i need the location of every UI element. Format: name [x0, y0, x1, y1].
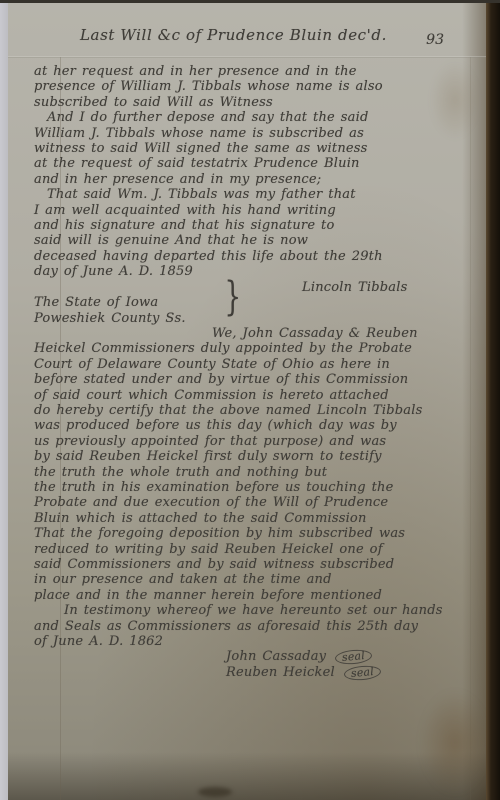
- handwritten-line: at her request and in her presence and i…: [34, 64, 466, 79]
- paper-stain: [420, 690, 490, 795]
- handwritten-line: reduced to writing by said Reuben Heicke…: [34, 542, 466, 557]
- scan-top-edge: [0, 0, 500, 3]
- handwritten-line: We, John Cassaday & Reuben: [34, 326, 466, 341]
- signature-row: Reuben Heickelseal: [226, 665, 466, 680]
- handwritten-line: Bluin which is attached to the said Comm…: [34, 511, 466, 526]
- handwritten-line: That said Wm. J. Tibbals was my father t…: [34, 187, 466, 202]
- seal-mark: seal: [343, 664, 381, 681]
- handwritten-line: In testimony whereof we have hereunto se…: [34, 603, 466, 618]
- deponent-signature: Lincoln Tibbals: [34, 280, 466, 295]
- handwritten-line: at the request of said testatrix Prudenc…: [34, 156, 466, 171]
- handwritten-line: I am well acquainted with his hand writi…: [34, 203, 466, 218]
- handwritten-line: of June A. D. 1862: [34, 634, 466, 649]
- commissioner-name: Reuben Heickel: [226, 665, 335, 680]
- handwritten-line: said will is genuine And that he is now: [34, 233, 466, 248]
- handwritten-line: the truth in his examination before us t…: [34, 480, 466, 495]
- jurat-block: The State of Iowa Poweshiek County Ss. }: [34, 295, 466, 326]
- certificate-lines: We, John Cassaday & ReubenHeickel Commis…: [34, 326, 466, 650]
- seal-mark: seal: [335, 649, 373, 666]
- signature-row: John Cassadayseal: [226, 649, 466, 664]
- book-binding-edge: [486, 0, 500, 800]
- handwritten-line: by said Reuben Heickel first duly sworn …: [34, 449, 466, 464]
- horizontal-crease: [8, 56, 486, 58]
- jurat-brace: }: [224, 290, 241, 305]
- handwritten-line: Court of Delaware County State of Ohio a…: [34, 357, 466, 372]
- deposition-lines: at her request and in her presence and i…: [34, 64, 466, 280]
- handwritten-body: at her request and in her presence and i…: [34, 64, 466, 680]
- commissioner-signatures: John Cassadayseal Reuben Heickelseal: [34, 649, 466, 680]
- handwritten-line: Heickel Commissioners duly appointed by …: [34, 341, 466, 356]
- commissioner-name: John Cassaday: [226, 649, 326, 664]
- jurat-state: The State of Iowa: [34, 295, 466, 310]
- handwritten-line: That the foregoing deposition by him sub…: [34, 526, 466, 541]
- handwritten-line: William J. Tibbals whose name is subscri…: [34, 126, 466, 141]
- scan-left-edge: [0, 0, 8, 800]
- scanned-will-page: Last Will &c of Prudence Bluin dec'd. 93…: [0, 0, 500, 800]
- handwritten-line: of said court which Commission is hereto…: [34, 388, 466, 403]
- handwritten-line: day of June A. D. 1859: [34, 264, 466, 279]
- handwritten-line: said Commissioners and by said witness s…: [34, 557, 466, 572]
- handwritten-line: us previously appointed for that purpose…: [34, 434, 466, 449]
- document-title: Last Will &c of Prudence Bluin dec'd.: [80, 26, 387, 44]
- handwritten-line: witness to said Will signed the same as …: [34, 141, 466, 156]
- handwritten-line: and Seals as Commissioners as aforesaid …: [34, 619, 466, 634]
- handwritten-line: and his signature and that his signature…: [34, 218, 466, 233]
- handwritten-line: place and in the manner herein before me…: [34, 588, 466, 603]
- handwritten-line: do hereby certify that the above named L…: [34, 403, 466, 418]
- ink-stain: [198, 787, 232, 797]
- handwritten-line: was produced before us this day (which d…: [34, 418, 466, 433]
- handwritten-line: And I do further depose and say that the…: [34, 110, 466, 125]
- handwritten-line: presence of William J. Tibbals whose nam…: [34, 79, 466, 94]
- handwritten-line: deceased having departed this life about…: [34, 249, 466, 264]
- handwritten-line: and in her presence and in my presence;: [34, 172, 466, 187]
- jurat-county: Poweshiek County Ss.: [34, 311, 466, 326]
- right-margin-rule: [470, 57, 471, 800]
- handwritten-line: before stated under and by virtue of thi…: [34, 372, 466, 387]
- handwritten-line: subscribed to said Will as Witness: [34, 95, 466, 110]
- handwritten-line: the truth the whole truth and nothing bu…: [34, 465, 466, 480]
- page-number: 93: [426, 32, 444, 48]
- handwritten-line: in our presence and taken at the time an…: [34, 572, 466, 587]
- handwritten-line: Probate and due execution of the Will of…: [34, 495, 466, 510]
